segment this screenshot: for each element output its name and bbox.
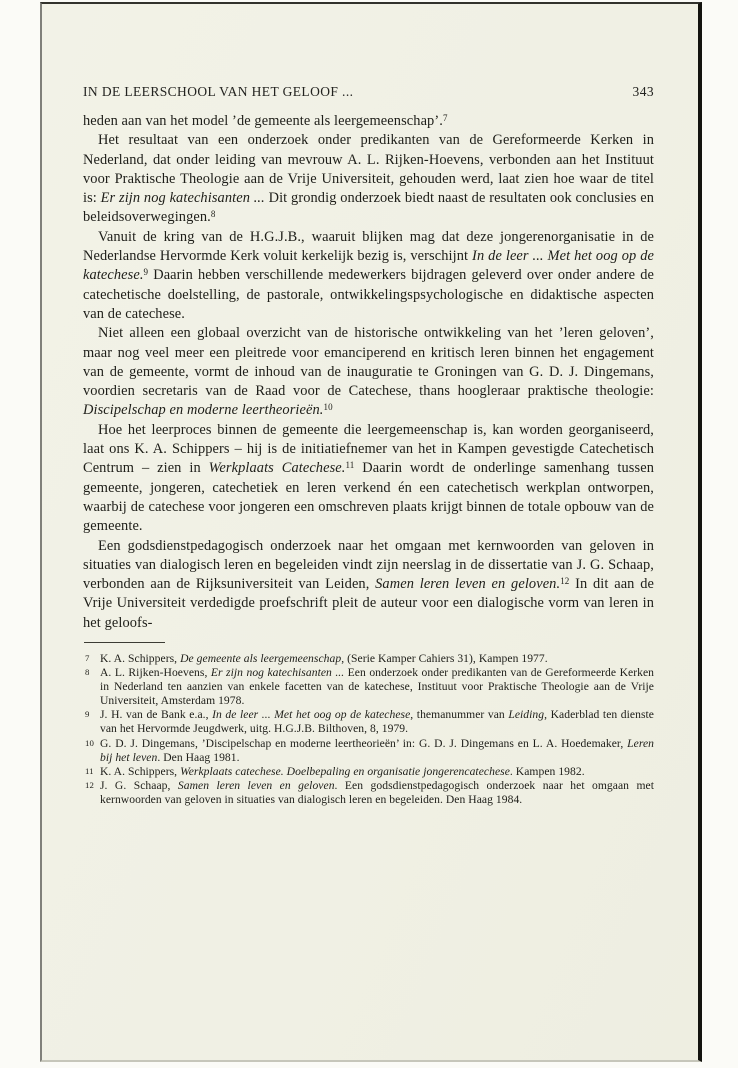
text-segment: , themanummer van <box>410 708 508 721</box>
text-segment: J. H. van de Bank e.a., <box>100 708 212 721</box>
paragraph: Het resultaat van een onderzoek onder pr… <box>83 131 654 227</box>
text-segment: Er zijn nog katechisanten ... <box>211 666 344 679</box>
text-segment: K. A. Schippers, <box>100 765 180 778</box>
footnote-number: 10 <box>85 736 94 750</box>
text-segment: Leiding <box>508 708 544 721</box>
text-segment: Niet alleen een globaal overzicht van de… <box>83 325 654 399</box>
text-segment: , (Serie Kamper Cahiers 31), Kampen 1977… <box>341 652 548 665</box>
footnote: 9J. H. van de Bank e.a., In de leer ... … <box>83 708 654 736</box>
footnote-number: 8 <box>85 665 89 679</box>
footnote: 8A. L. Rijken-Hoevens, Er zijn nog katec… <box>83 666 654 708</box>
footnote-reference: 8 <box>211 209 216 219</box>
text-segment: J. G. Schaap, <box>100 779 178 792</box>
paragraph: heden aan van het model ’de gemeente als… <box>83 112 654 131</box>
paragraph: Vanuit de kring van de H.G.J.B., waaruit… <box>83 228 654 324</box>
text-segment: A. L. Rijken-Hoevens, <box>100 666 211 679</box>
scan-background: IN DE LEERSCHOOL VAN HET GELOOF ... 343 … <box>0 0 738 1068</box>
paragraph: Hoe het leerproces binnen de gemeente di… <box>83 421 654 537</box>
body-text: heden aan van het model ’de gemeente als… <box>83 112 654 633</box>
footnote: 7K. A. Schippers, De gemeente als leerge… <box>83 652 654 666</box>
text-segment: Werkplaats Catechese. <box>209 460 346 476</box>
footnote: 12J. G. Schaap, Samen leren leven en gel… <box>83 779 654 807</box>
text-segment: Samen leren leven en geloven <box>178 779 335 792</box>
text-segment: Werkplaats catechese. Doelbepaling en or… <box>180 765 510 778</box>
footnote-reference: 10 <box>323 402 332 412</box>
scanned-page: IN DE LEERSCHOOL VAN HET GELOOF ... 343 … <box>40 2 702 1062</box>
paragraph: Niet alleen een globaal overzicht van de… <box>83 324 654 420</box>
footnote-number: 12 <box>85 778 94 792</box>
page-number: 343 <box>633 84 654 100</box>
footnote: 11K. A. Schippers, Werkplaats catechese.… <box>83 765 654 779</box>
footnote: 10G. D. J. Dingemans, ’Discipelschap en … <box>83 737 654 765</box>
footnote-number: 7 <box>85 651 89 665</box>
footnote-number: 9 <box>85 707 89 721</box>
text-segment: K. A. Schippers, <box>100 652 180 665</box>
text-segment: . Kampen 1982. <box>510 765 585 778</box>
text-segment: . Den Haag 1981. <box>157 751 239 764</box>
footnote-reference: 12 <box>560 576 569 586</box>
footnote-reference: 7 <box>443 113 448 123</box>
text-segment: De gemeente als leergemeenschap <box>180 652 341 665</box>
running-title: IN DE LEERSCHOOL VAN HET GELOOF ... <box>83 84 353 100</box>
text-segment: Discipelschap en moderne leertheorieën. <box>83 402 323 418</box>
footnote-separator <box>84 642 165 643</box>
text-segment: G. D. J. Dingemans, ’Discipelschap en mo… <box>100 737 627 750</box>
text-segment: In de leer ... Met het oog op de kateche… <box>212 708 410 721</box>
footnote-reference: 9 <box>144 267 149 277</box>
running-header: IN DE LEERSCHOOL VAN HET GELOOF ... 343 <box>83 84 654 100</box>
footnotes: 7K. A. Schippers, De gemeente als leerge… <box>83 652 654 807</box>
text-segment: Samen leren leven en geloven. <box>375 576 560 592</box>
footnote-reference: 11 <box>345 460 354 470</box>
page-content: IN DE LEERSCHOOL VAN HET GELOOF ... 343 … <box>42 4 698 807</box>
footnote-number: 11 <box>85 764 94 778</box>
text-segment: Daarin hebben verschillende medewerkers … <box>83 267 654 322</box>
paragraph: Een godsdienstpedagogisch onderzoek naar… <box>83 537 654 633</box>
text-segment: Er zijn nog katechisanten ... <box>101 190 265 206</box>
text-segment: heden aan van het model ’de gemeente als… <box>83 113 443 129</box>
